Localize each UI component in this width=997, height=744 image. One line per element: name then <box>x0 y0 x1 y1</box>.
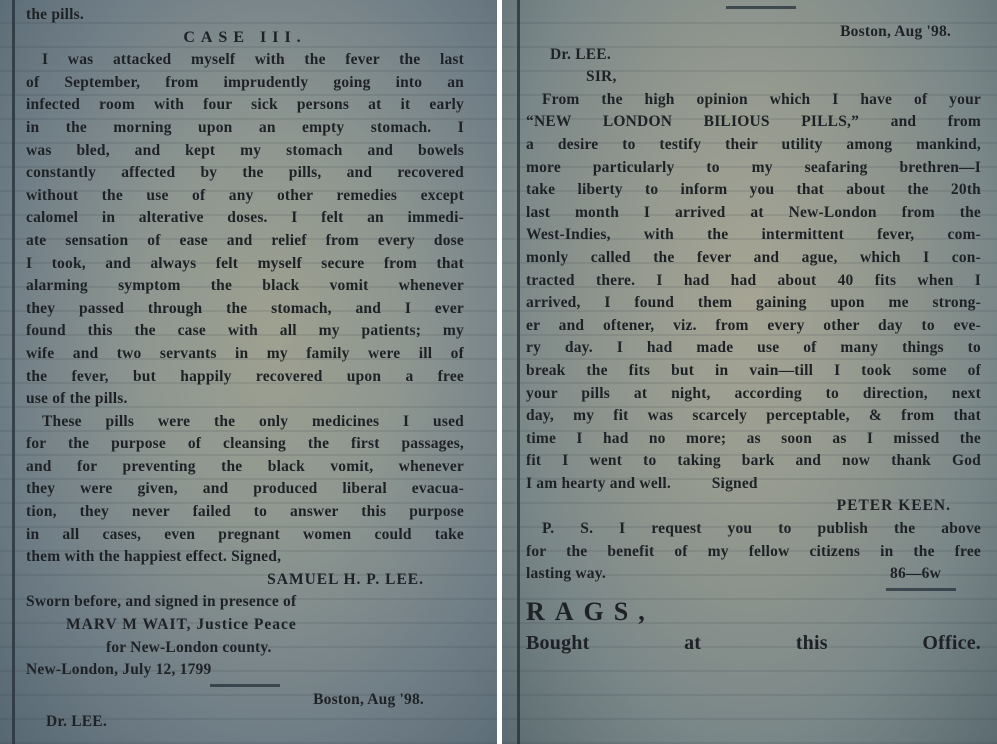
rags-heading: RAGS, <box>526 595 981 629</box>
case-line: use of the pills. <box>26 388 464 411</box>
letter-line: a desire to testify their utility among … <box>526 134 981 157</box>
separator-rule <box>210 684 280 687</box>
ps-line: for the benefit of my fellow citizens in… <box>526 541 981 564</box>
salutation: SIR, <box>526 66 981 89</box>
letter-line: West-Indies, with the intermittent fever… <box>526 224 981 247</box>
county-line: for New-London county. <box>26 637 464 660</box>
dateline: Boston, Aug '98. <box>526 21 981 44</box>
letter-line: tracted there. I had had about 40 fits w… <box>526 270 981 293</box>
letter-line: monly called the fever and ague, which I… <box>526 247 981 270</box>
ps-line: P. S. I request you to publish the above <box>526 518 981 541</box>
case-line: the fever, but happily recovered upon a … <box>26 366 464 389</box>
salutation-partial: Dr. LEE. <box>26 711 464 734</box>
case-line: without the use of any other remedies ex… <box>26 185 464 208</box>
case-line: I was attacked myself with the fever the… <box>26 49 464 72</box>
column-rule <box>517 0 520 744</box>
dateline-boston: Boston, Aug '98. <box>26 689 464 712</box>
case-line: I took, and always felt myself secure fr… <box>26 253 464 276</box>
date-line: New-London, July 12, 1799 <box>26 659 464 682</box>
letter-line: last month I arrived at New-London from … <box>526 202 981 225</box>
case-line: wife and two servants in my family were … <box>26 343 464 366</box>
signature: PETER KEEN. <box>526 495 981 518</box>
letter-line: time I had no more; as soon as I missed … <box>526 428 981 451</box>
para-line: them with the happiest effect. Signed, <box>26 546 464 569</box>
case-line: was bled, and kept my stomach and bowels <box>26 140 464 163</box>
rags-subline: Bought at this Office. <box>526 629 981 657</box>
letter-line: your pills at night, according to direct… <box>526 383 981 406</box>
issue-mark: 86—6w <box>890 563 941 586</box>
para-line: they were given, and produced liberal ev… <box>26 478 464 501</box>
para-line: tion, they never failed to answer this p… <box>26 501 464 524</box>
case-line: infected room with four sick persons at … <box>26 94 464 117</box>
addressee: Dr. LEE. <box>526 44 981 67</box>
left-newspaper-page: the pills. CASE III. I was attacked myse… <box>0 0 497 744</box>
letter-line: break the fits but in vain—till I took s… <box>526 360 981 383</box>
separator-rule <box>886 588 956 591</box>
case-line: ate sensation of ease and relief from ev… <box>26 230 464 253</box>
para-line: in all cases, even pregnant women could … <box>26 524 464 547</box>
case-line: calomel in alterative doses. I felt an i… <box>26 207 464 230</box>
separator-rule <box>726 6 796 9</box>
letter-line: more particularly to my seafaring brethr… <box>526 157 981 180</box>
sworn-line: Sworn before, and signed in presence of <box>26 591 464 614</box>
right-newspaper-page: Boston, Aug '98. Dr. LEE. SIR, From the … <box>502 0 997 744</box>
letter-line: er and oftener, viz. from every other da… <box>526 315 981 338</box>
column-rule <box>12 0 15 744</box>
right-column-text: Boston, Aug '98. Dr. LEE. SIR, From the … <box>526 0 981 657</box>
letter-line: ry day. I had made use of many things to <box>526 337 981 360</box>
letter-line: “NEW LONDON BILIOUS PILLS,” and from <box>526 111 981 134</box>
left-column-text: the pills. CASE III. I was attacked myse… <box>26 0 464 734</box>
para-line: for the purpose of cleansing the first p… <box>26 433 464 456</box>
case-line: constantly affected by the pills, and re… <box>26 162 464 185</box>
case-line: they passed through the stomach, and I e… <box>26 298 464 321</box>
letter-line: take liberty to inform you that about th… <box>526 179 981 202</box>
letter-line: day, my fit was scarcely perceptable, & … <box>526 405 981 428</box>
letter-line: arrived, I found them gaining upon me st… <box>526 292 981 315</box>
justice-name: MARV M WAIT, Justice Peace <box>26 614 464 637</box>
letter-line: From the high opinion which I have of yo… <box>526 89 981 112</box>
letter-line: fit I went to taking bark and now thank … <box>526 450 981 473</box>
case-line: of September, from imprudently going int… <box>26 72 464 95</box>
ps-closing: lasting way. <box>526 565 606 582</box>
case-line: alarming symptom the black vomit wheneve… <box>26 275 464 298</box>
top-line: the pills. <box>26 4 464 27</box>
para-line: These pills were the only medicines I us… <box>26 411 464 434</box>
para-line: and for preventing the black vomit, when… <box>26 456 464 479</box>
case-line: found this the case with all my patients… <box>26 320 464 343</box>
signature: SAMUEL H. P. LEE. <box>26 569 464 592</box>
ps-line: lasting way. 86—6w <box>526 563 981 586</box>
case-heading: CASE III. <box>26 27 464 50</box>
case-line: in the morning upon an empty stomach. I <box>26 117 464 140</box>
letter-line: I am hearty and well. Signed <box>526 473 981 496</box>
